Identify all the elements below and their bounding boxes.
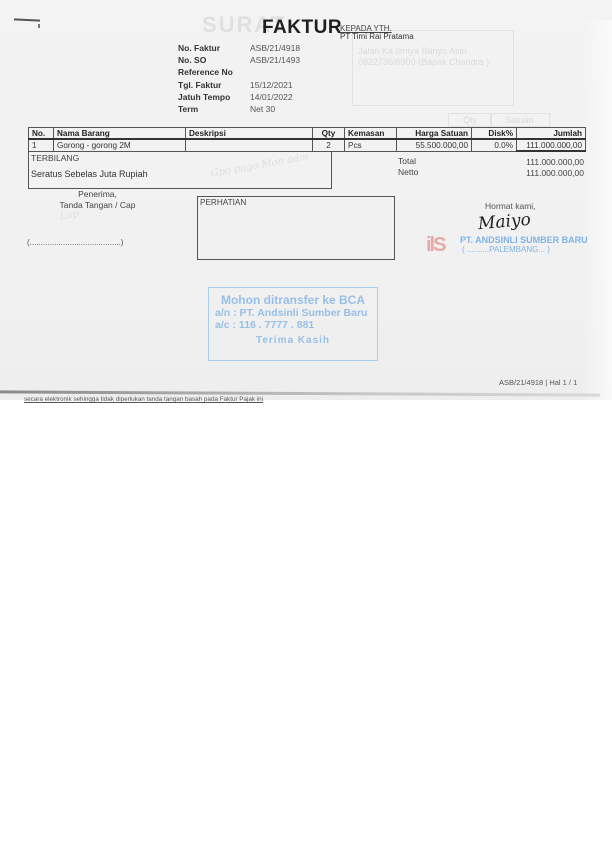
stamp-line: Mohon ditransfer ke BCA <box>209 293 377 307</box>
meta-value: Net 30 <box>250 103 275 115</box>
meta-value: 15/12/2021 <box>250 79 293 91</box>
ghost-address-line: 0822736/6900 (Bapak Chandra ) <box>358 57 489 67</box>
cell-kemasan: Pcs <box>345 139 397 151</box>
payment-stamp: Mohon ditransfer ke BCA a/n : PT. Andsin… <box>208 287 378 361</box>
cell-desc <box>186 139 313 151</box>
receiver-block: Penerima, Tanda Tangan / Cap <box>55 189 140 211</box>
col-header-kemasan: Kemasan <box>345 128 397 140</box>
terbilang-box: TERBILANG Seratus Sebelas Juta Rupiah <box>28 151 332 189</box>
stamp-line: a/c : 116 . 7777 . 881 <box>209 319 377 331</box>
meta-label: No. Faktur <box>178 42 250 54</box>
total-value: 111.000.000,00 <box>526 157 584 168</box>
meta-value: ASB/21/4918 <box>250 42 300 54</box>
meta-label: No. SO <box>178 54 250 66</box>
col-header-qty: Qty <box>313 128 345 140</box>
netto-value: 111.000.000,00 <box>526 168 584 179</box>
cell-qty: 2 <box>313 139 345 151</box>
perhatian-box: PERHATIAN <box>197 196 395 260</box>
receiver-sign-label: Tanda Tangan / Cap <box>55 200 140 211</box>
col-header-desc: Deskripsi <box>186 128 313 140</box>
document-title: FAKTUR <box>262 17 342 39</box>
meta-label: Term <box>178 103 250 115</box>
totals-labels: Total Netto <box>398 156 418 178</box>
meta-label: Reference No <box>178 66 250 78</box>
receiver-signature-line: (.......................................… <box>27 238 123 247</box>
meta-row: Reference No <box>178 66 300 78</box>
items-table: No. Nama Barang Deskripsi Qty Kemasan Ha… <box>28 127 586 152</box>
col-header-harga: Harga Satuan <box>397 128 472 140</box>
page-reference: ASB/21/4918 | Hal 1 / 1 <box>499 378 577 387</box>
netto-label: Netto <box>398 167 418 178</box>
totals-values: 111.000.000,00 111.000.000,00 <box>526 157 584 179</box>
footer-note: secara elektronik sehingga tidak diperlu… <box>24 396 263 403</box>
col-header-disk: Disk% <box>472 128 517 140</box>
terbilang-value: Seratus Sebelas Juta Rupiah <box>31 169 148 179</box>
cell-name: Gorong - gorong 2M <box>54 139 186 151</box>
cell-no: 1 <box>29 139 54 151</box>
meta-row: TermNet 30 <box>178 103 300 115</box>
col-header-no: No. <box>29 128 54 140</box>
ghost-satuan-label: Satuan <box>505 115 534 125</box>
company-stamp-city: ( ..........PALEMBANG... ) <box>462 245 550 254</box>
pen-mark <box>38 24 40 28</box>
ghost-qty-label: Qty <box>463 115 477 125</box>
meta-row: No. FakturASB/21/4918 <box>178 42 300 54</box>
table-row: 1 Gorong - gorong 2M 2 Pcs 55.500.000,00… <box>29 139 586 151</box>
table-header-row: No. Nama Barang Deskripsi Qty Kemasan Ha… <box>29 128 586 140</box>
stamp-line: Terima Kasih <box>209 335 377 346</box>
ghost-address-line: Jalan Ka Ilmiya Banyu Asin <box>358 46 467 56</box>
meta-row: Jatuh Tempo14/01/2022 <box>178 91 300 103</box>
meta-label: Jatuh Tempo <box>178 91 250 103</box>
invoice-meta: No. FakturASB/21/4918 No. SOASB/21/1493 … <box>178 42 300 115</box>
cell-jumlah: 111.000.000,00 <box>517 139 586 151</box>
recipient-name: PT Timi Rai Pratama <box>340 32 414 41</box>
col-header-name: Nama Barang <box>54 128 186 140</box>
terbilang-label: TERBILANG <box>31 153 79 163</box>
stamp-line: a/n : PT. Andsinli Sumber Baru <box>209 307 377 319</box>
company-stamp-name: PT. ANDSINLI SUMBER BARU <box>460 235 588 245</box>
cell-harga: 55.500.000,00 <box>397 139 472 151</box>
meta-value: 14/01/2022 <box>250 91 293 103</box>
total-label: Total <box>398 156 418 167</box>
page-fold-shadow <box>582 20 612 400</box>
perhatian-label: PERHATIAN <box>200 198 246 207</box>
company-logo-icon: ilS <box>426 232 456 258</box>
meta-label: Tgl. Faktur <box>178 79 250 91</box>
cell-disk: 0.0% <box>472 139 517 151</box>
col-header-jumlah: Jumlah <box>517 128 586 140</box>
ghost-address-box <box>352 30 514 106</box>
receiver-label: Penerima, <box>55 189 140 200</box>
meta-row: No. SOASB/21/1493 <box>178 54 300 66</box>
meta-value: ASB/21/1493 <box>250 54 300 66</box>
meta-row: Tgl. Faktur15/12/2021 <box>178 79 300 91</box>
